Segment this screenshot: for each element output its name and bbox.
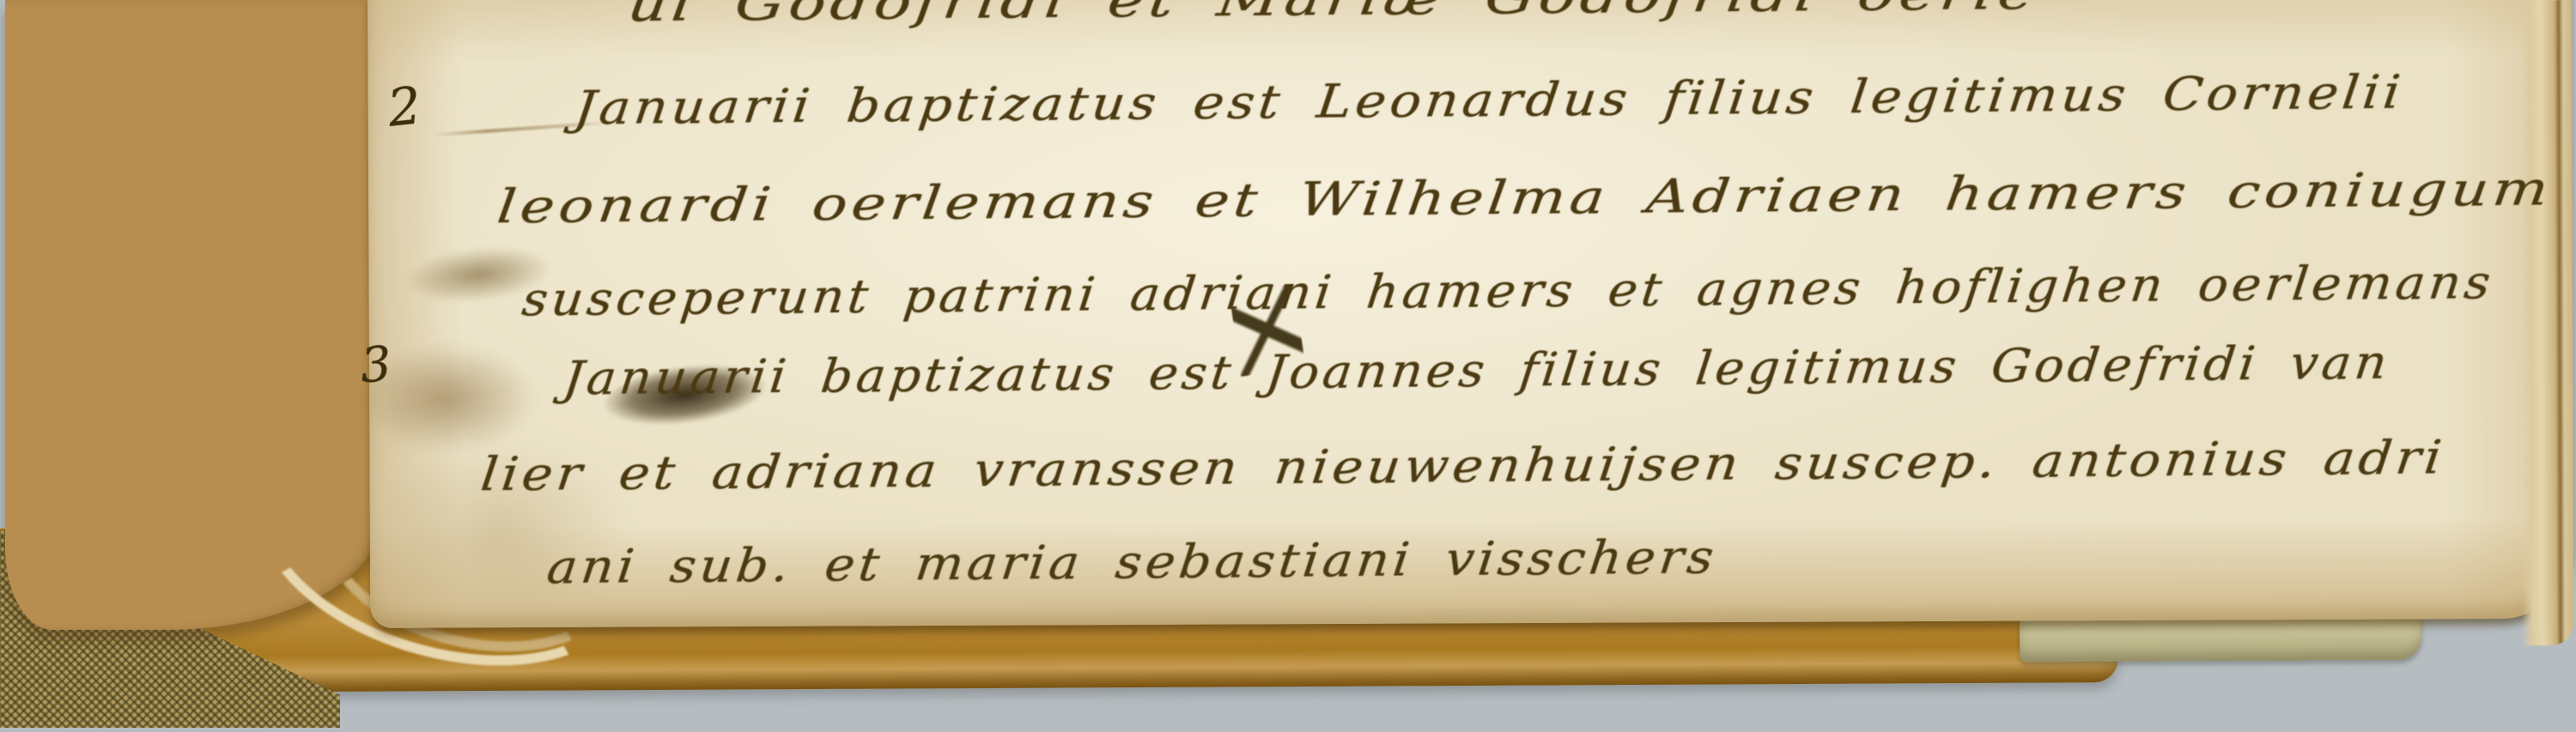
handwriting-line-6: ani sub. et maria sebastiani visschers	[544, 530, 1720, 594]
margin-number-3: 3	[359, 341, 392, 390]
margin-number-2: 2	[386, 80, 423, 135]
page-right-edge	[2520, 0, 2574, 645]
archival-book-photo: 2 3 ul Godofridi et Mariæ Godofridi oerl…	[0, 0, 2576, 732]
